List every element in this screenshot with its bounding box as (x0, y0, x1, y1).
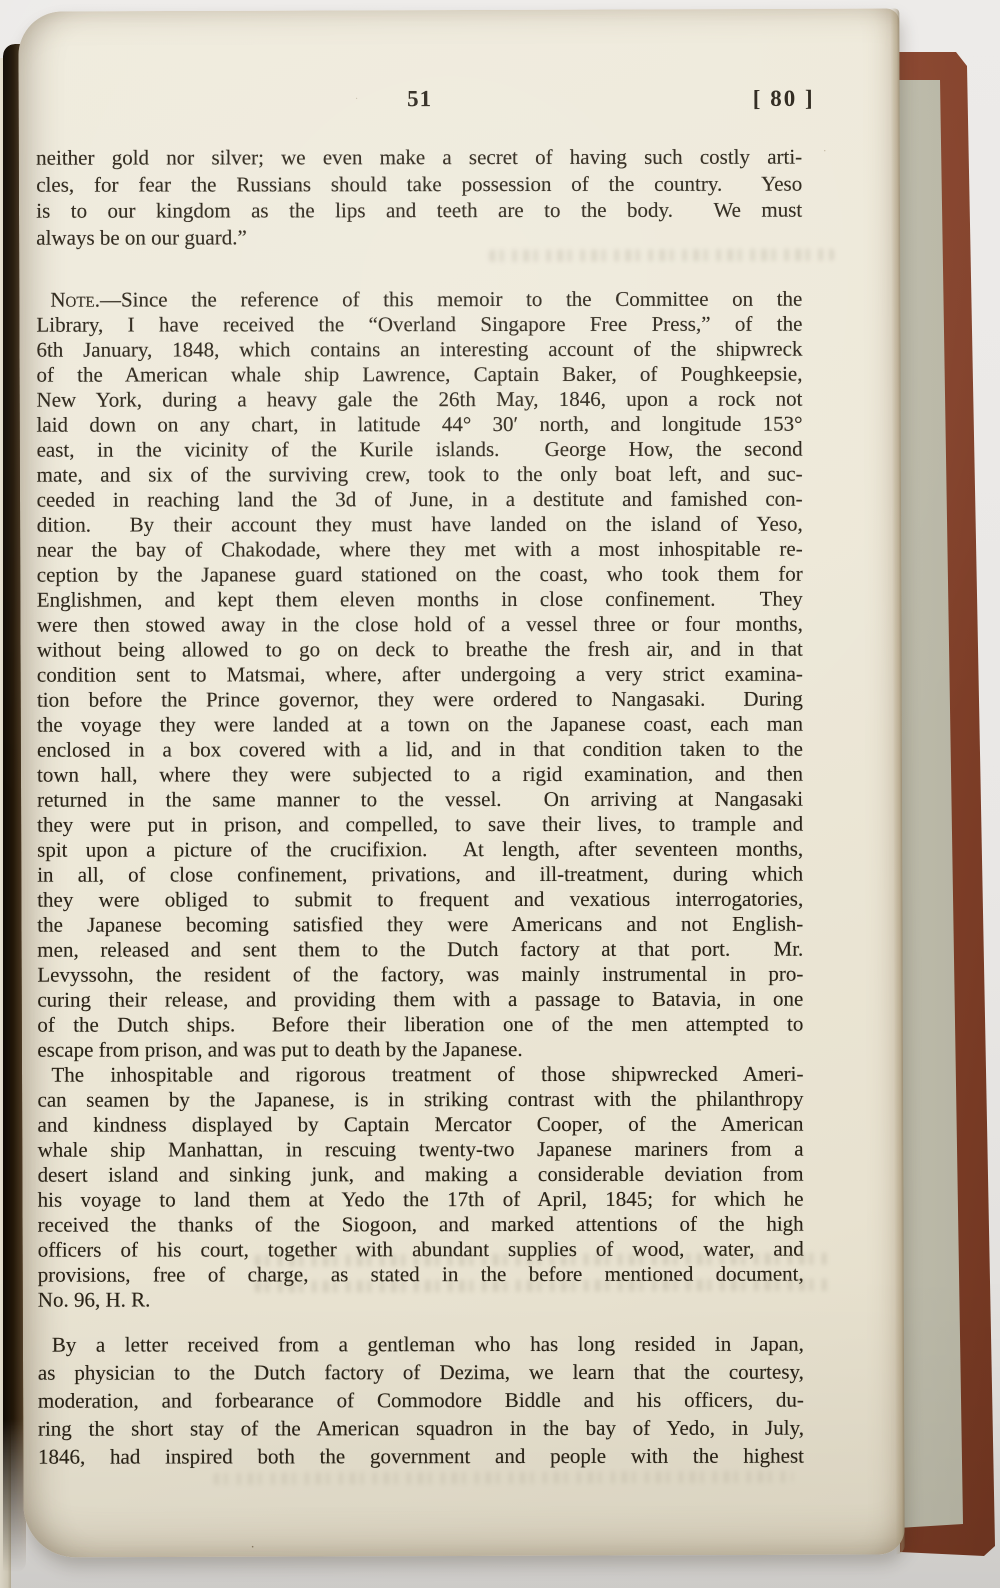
text-line: condition sent to Matsmai, where, after … (37, 662, 803, 688)
text-line: near the bay of Chakodade, where they me… (37, 537, 803, 563)
text-line: desert island and sinking junk, and maki… (38, 1162, 804, 1188)
text-line: his voyage to land them at Yedo the 17th… (38, 1187, 804, 1213)
ink-bleedthrough (213, 1471, 793, 1499)
text-line: provisions, free of charge, as stated in… (38, 1262, 804, 1288)
text-line: Levyssohn, the resident of the factory, … (37, 962, 803, 988)
paragraph: By a letter received from a gentleman wh… (38, 1330, 804, 1471)
text-line: always be on our guard.” (36, 223, 802, 251)
text-line: men, released and sent them to the Dutch… (37, 937, 803, 963)
text-line: mate, and six of the surviving crew, too… (37, 462, 803, 488)
text-line: moderation, and forbearance of Commodore… (38, 1386, 804, 1415)
scanned-book-photo: 51 [ 80 ] neither gold nor silver; we ev… (0, 0, 1000, 1588)
text-line: of the American whale ship Lawrence, Cap… (36, 362, 802, 388)
text-line: can seamen by the Japanese, is in striki… (37, 1087, 803, 1113)
text-line: returned in the same manner to the vesse… (37, 787, 803, 813)
paragraph: neither gold nor silver; we even make a … (36, 144, 802, 251)
text-line: enclosed in a box covered with a lid, an… (37, 737, 803, 763)
text-line: they were put in prison, and compelled, … (37, 812, 803, 838)
text-block: neither gold nor silver; we even make a … (36, 144, 804, 1471)
text-line: New York, during a heavy gale the 26th M… (36, 387, 802, 413)
text-line: officers of his court, together with abu… (38, 1237, 804, 1263)
text-line: escape from prison, and was put to death… (37, 1037, 803, 1063)
text-line: 6th January, 1848, which contains an int… (36, 337, 802, 363)
text-line: neither gold nor silver; we even make a … (36, 144, 802, 172)
paragraph: Note.—Since the reference of this memoir… (36, 287, 803, 1063)
text-line: town hall, where they were subjected to … (37, 762, 803, 788)
text-line: were then stowed away in the close hold … (37, 612, 803, 638)
text-line: spit upon a picture of the crucifixion. … (37, 837, 803, 863)
text-line: whale ship Manhattan, in rescuing twenty… (38, 1137, 804, 1163)
text-line: without being allowed to go on deck to b… (37, 637, 803, 663)
text-line: Englishmen, and kept them eleven months … (37, 587, 803, 613)
text-line: and kindness displayed by Captain Mercat… (38, 1112, 804, 1138)
text-line: they were obliged to submit to frequent … (37, 887, 803, 913)
text-line: dition. By their account they must have … (37, 512, 803, 538)
page-header: 51 [ 80 ] (35, 85, 805, 122)
text-line: Note.—Since the reference of this memoir… (36, 287, 802, 313)
text-line: ring the short stay of the American squa… (38, 1414, 804, 1443)
text-line: is to our kingdom as the lips and teeth … (36, 197, 802, 225)
text-line: Library, I have received the “Overland S… (36, 312, 802, 338)
text-line: laid down on any chart, in latitude 44° … (37, 412, 803, 438)
folio-number: [ 80 ] (753, 86, 815, 112)
text-line: of the Dutch ships. Before their liberat… (37, 1012, 803, 1038)
text-line: the voyage they were landed at a town on… (37, 712, 803, 738)
text-line: tion before the Prince governor, they we… (37, 687, 803, 713)
text-line: in all, of close confinement, privations… (37, 862, 803, 888)
text-line: curing their release, and providing them… (37, 987, 803, 1013)
text-line: The inhospitable and rigorous treatment … (37, 1062, 803, 1088)
text-line: 1846, had inspired both the government a… (38, 1442, 804, 1471)
text-line: received the thanks of the Siogoon, and … (38, 1212, 804, 1238)
smallcaps-lead: Note (50, 288, 94, 312)
text-line: cles, for fear the Russians should take … (36, 170, 802, 198)
text-line: east, in the vicinity of the Kurile isla… (37, 437, 803, 463)
text-line: No. 96, H. R. (38, 1287, 804, 1313)
text-line: as physician to the Dutch factory of Dez… (38, 1358, 804, 1387)
text-line: ceeded in reaching land the 3d of June, … (37, 487, 803, 513)
text-line: ception by the Japanese guard stationed … (37, 562, 803, 588)
page-number: 51 (407, 86, 432, 112)
book-page: 51 [ 80 ] neither gold nor silver; we ev… (18, 8, 904, 1557)
text-line: the Japanese becoming satisfied they wer… (37, 912, 803, 938)
text-line: By a letter received from a gentleman wh… (38, 1330, 804, 1359)
paragraph: The inhospitable and rigorous treatment … (37, 1062, 803, 1313)
